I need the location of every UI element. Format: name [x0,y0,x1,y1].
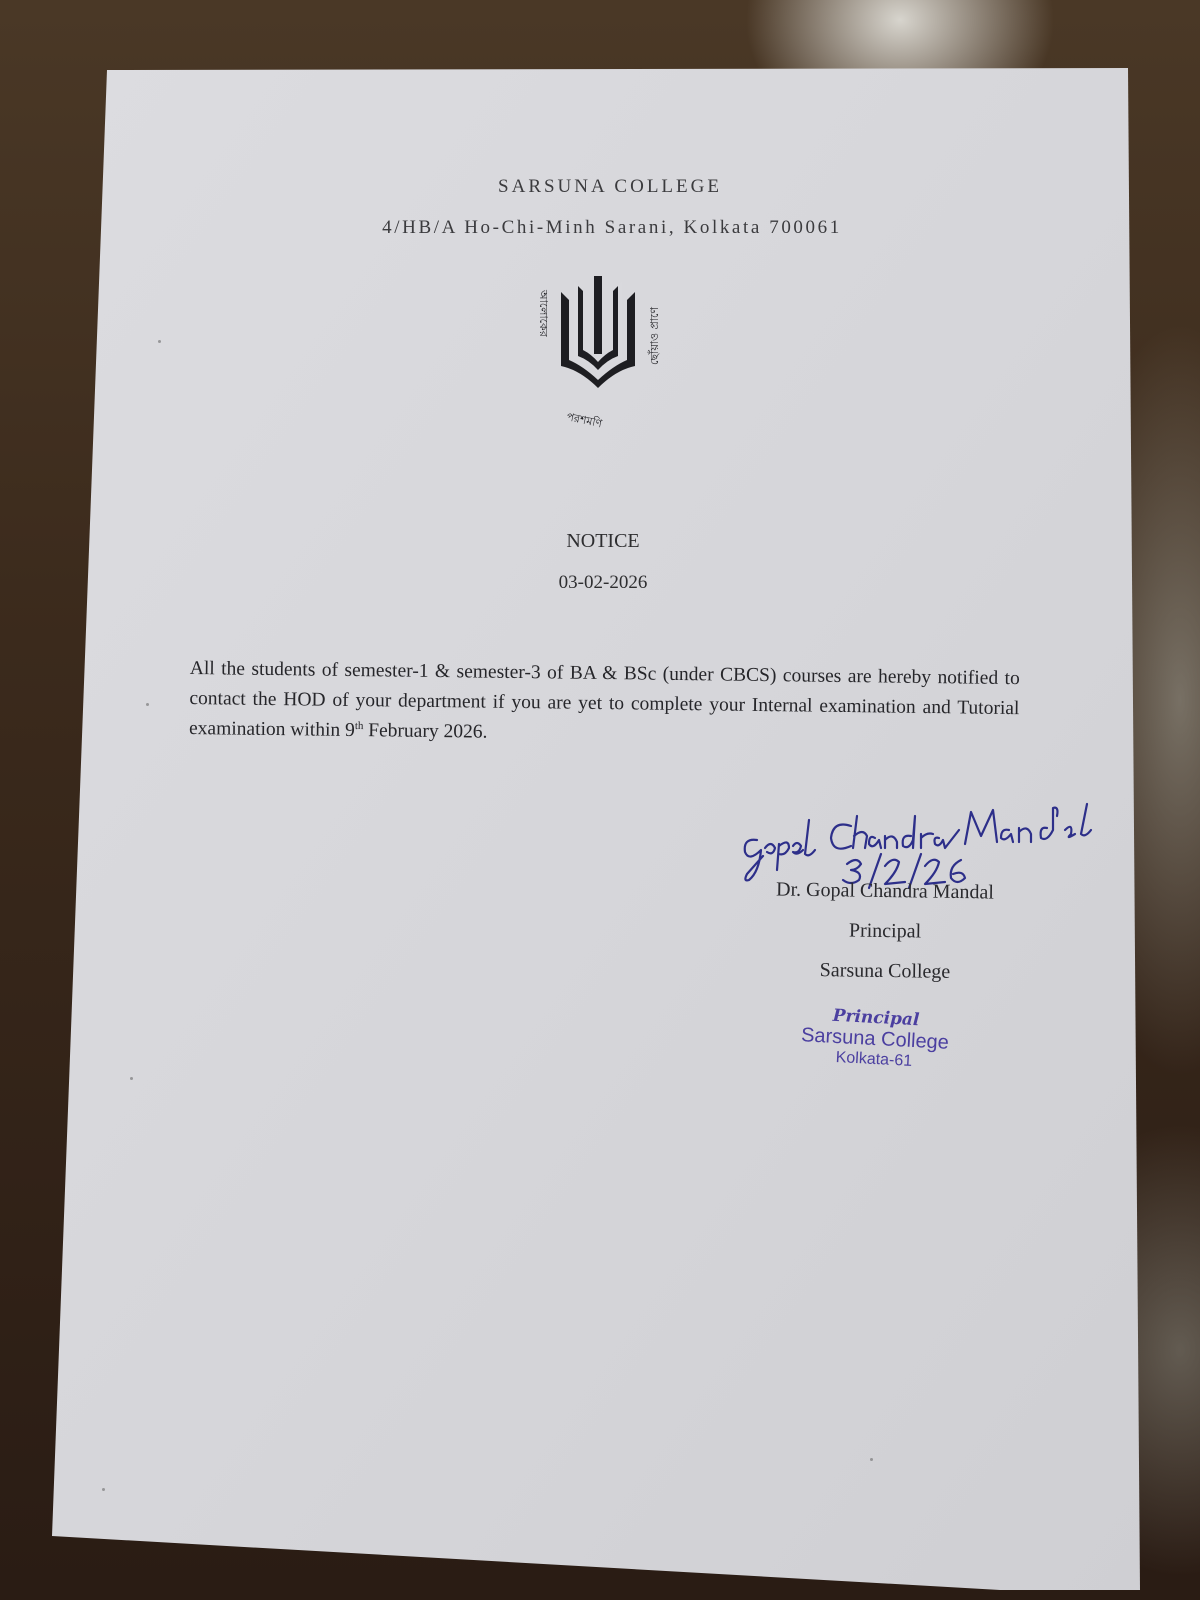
college-address: 4/HB/A Ho-Chi-Minh Sarani, Kolkata 70006… [0,217,1200,239]
signatory-designation: Principal [720,918,1050,946]
handwritten-signature [735,800,1115,890]
logo-motto-right: ছোঁয়াও প্রাণে [647,307,661,365]
notice-date: 03-02-2026 [0,572,1200,594]
paper-speck [870,1458,873,1461]
notice-body-text: All the students of semester-1 & semeste… [189,658,1020,741]
logo-motto-bottom: পরশমণি [565,410,603,430]
notice-body: All the students of semester-1 & semeste… [189,654,1020,754]
signatory-name: Dr. Gopal Chandra Mandal [720,878,1050,906]
notice-title: NOTICE [0,530,1200,553]
paper-speck [130,1077,133,1080]
paper-speck [146,703,149,706]
paper-speck [158,340,161,343]
logo-motto-left: আলোকের [537,289,550,338]
signatory-organization: Sarsuna College [720,958,1050,986]
official-stamp: Principal Sarsuna College Kolkata-61 [788,1004,961,1075]
paper-speck [102,1488,105,1491]
open-book-emblem-icon: আলোকের পরশমণি ছোঁয়াও প্রাণে [528,270,668,430]
notice-body-text-end: February 2026. [363,720,487,743]
notice-document: SARSUNA COLLEGE 4/HB/A Ho-Chi-Minh Saran… [0,0,1200,1600]
college-name: SARSUNA COLLEGE [0,176,1200,198]
